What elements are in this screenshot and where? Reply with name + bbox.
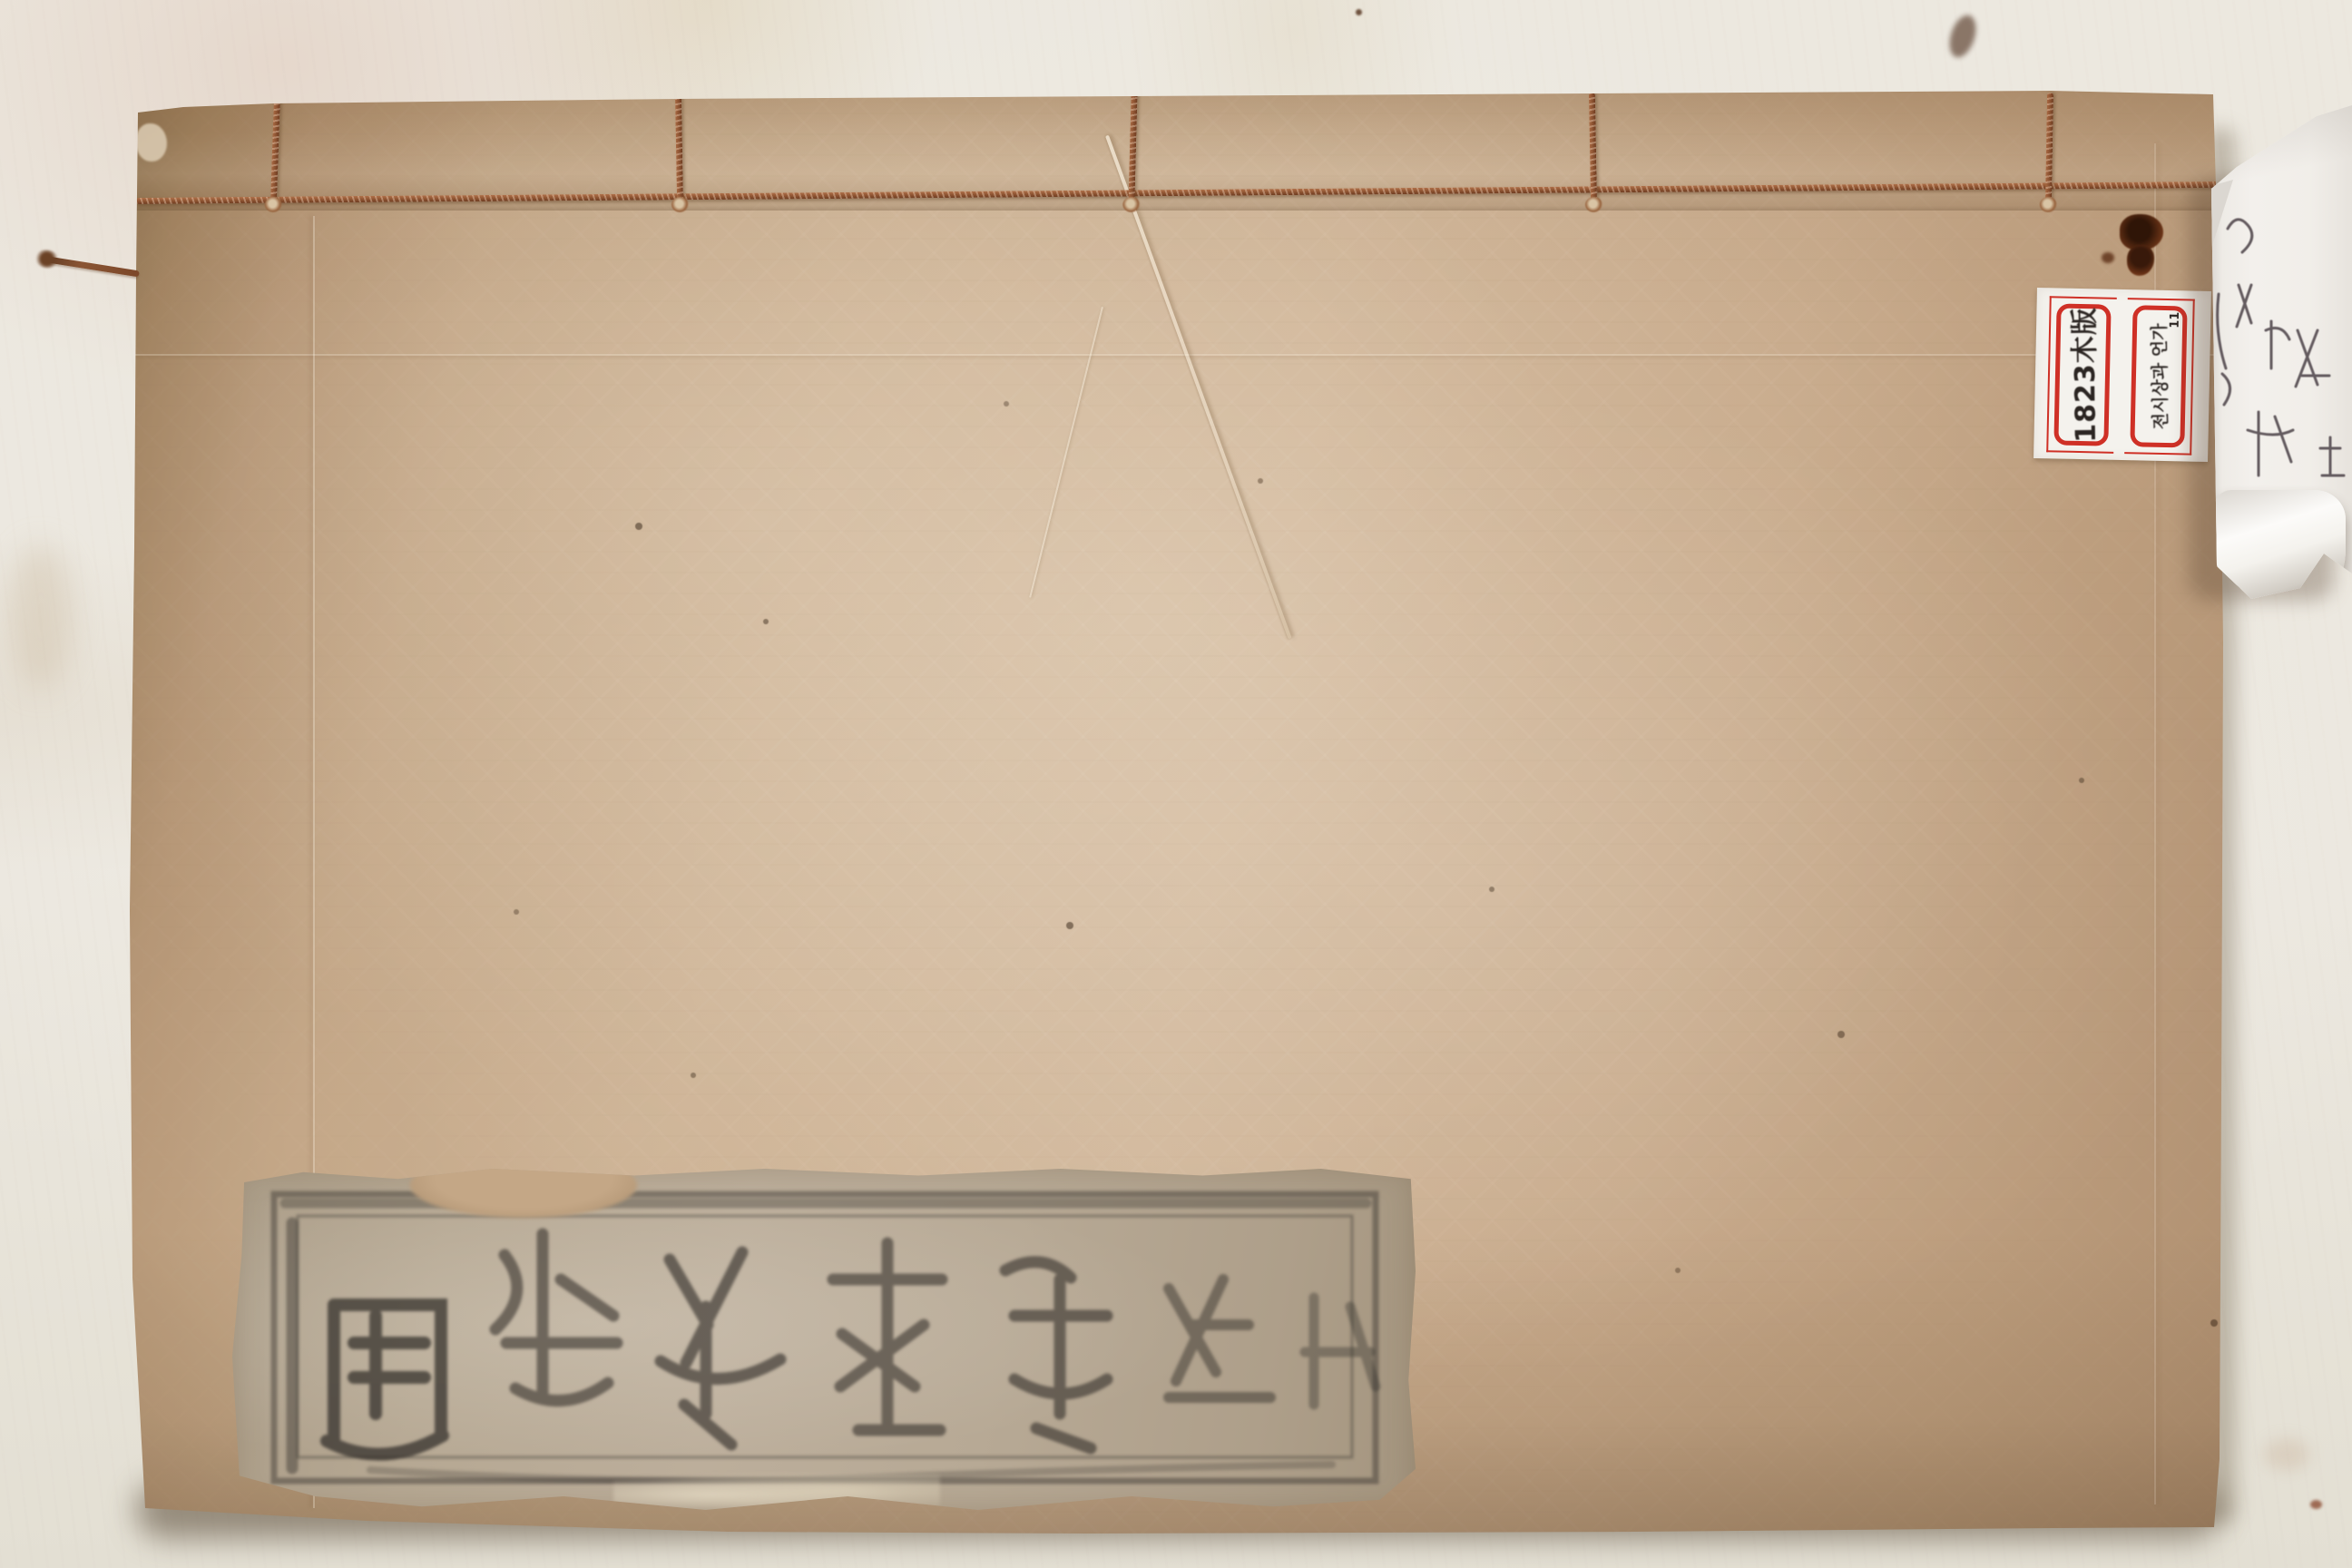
photo-scene: 1823木版 전시상과 언가 11 [0, 0, 2352, 1568]
paper-slip [2210, 102, 2352, 610]
corner-wear-chip [136, 123, 167, 162]
price-label-box-left: 1823木版 [2046, 296, 2117, 454]
price-label-text-left: 1823木版 [2062, 307, 2103, 443]
rust-blob [2102, 252, 2114, 263]
price-label-text-right: 전시상과 언가 [2146, 323, 2172, 429]
rust-stain [2116, 214, 2167, 274]
table-stain-dot [1356, 9, 1362, 15]
table-stain-soft [9, 544, 73, 690]
table-stain-speck [2310, 1500, 2322, 1509]
title-slip-calligraphy [232, 1169, 1416, 1510]
horizontal-fold-line [129, 354, 2223, 356]
rust-blob [2127, 245, 2154, 276]
price-label-suffix: 11 [2169, 312, 2182, 328]
price-label: 1823木版 전시상과 언가 11 [2033, 288, 2211, 462]
book-cover: 1823木版 전시상과 언가 11 [129, 89, 2223, 1534]
title-slip [232, 1169, 1416, 1510]
table-stain-soft-2 [2264, 1438, 2309, 1471]
price-label-box-right: 전시상과 언가 11 [2124, 298, 2195, 456]
